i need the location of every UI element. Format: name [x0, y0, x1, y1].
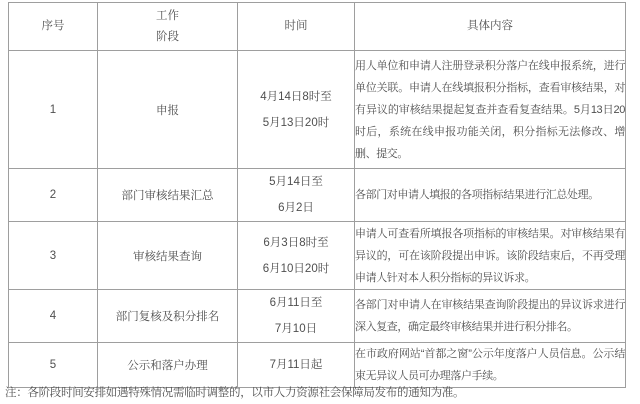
time-cell: 6月3日8时至 6月10日20时	[238, 222, 355, 290]
time-cell: 6月11日至 7月10日	[238, 290, 355, 343]
time-cell: 5月14日至 6月2日	[238, 169, 355, 222]
row-number-cell: 1	[9, 51, 98, 169]
table-row: 1 申报 4月14日8时至 5月13日20时 用人单位和申请人注册登录积分落户在…	[9, 51, 626, 169]
content-cell: 在市政府网站“首都之窗”公示年度落户人员信息。公示结束无异议人员可办理落户手续。	[355, 343, 626, 388]
content-cell: 申请人可查看所填报各项指标的审核结果。对审核结果有异议的，可在该阶段提出申诉。该…	[355, 222, 626, 290]
phase-cell: 部门审核结果汇总	[98, 169, 238, 222]
content-cell: 用人单位和申请人注册登录积分落户在线申报系统，进行单位关联。申请人在线填报积分指…	[355, 51, 626, 169]
content-cell: 各部门对申请人在审核结果查询阶段提出的异议诉求进行深入复查，确定最终审核结果并进…	[355, 290, 626, 343]
table-header-row: 序号 工作 阶段 时间 具体内容	[9, 3, 626, 51]
row-number-cell: 5	[9, 343, 98, 388]
phase-cell: 公示和落户办理	[98, 343, 238, 388]
content-cell: 各部门对申请人填报的各项指标结果进行汇总处理。	[355, 169, 626, 222]
time-cell: 7月11日起	[238, 343, 355, 388]
row-number-cell: 2	[9, 169, 98, 222]
time-cell: 4月14日8时至 5月13日20时	[238, 51, 355, 169]
table-row: 5 公示和落户办理 7月11日起 在市政府网站“首都之窗”公示年度落户人员信息。…	[9, 343, 626, 388]
footnote: 注：各阶段时间安排如遇特殊情况需临时调整的，以市人力资源社会保障局发布的通知为准…	[5, 386, 635, 401]
table-row: 4 部门复核及积分排名 6月11日至 7月10日 各部门对申请人在审核结果查询阶…	[9, 290, 626, 343]
row-number-cell: 4	[9, 290, 98, 343]
header-time-cell: 时间	[238, 3, 355, 51]
row-number-cell: 3	[9, 222, 98, 290]
table-row: 3 审核结果查询 6月3日8时至 6月10日20时 申请人可查看所填报各项指标的…	[9, 222, 626, 290]
phase-cell: 审核结果查询	[98, 222, 238, 290]
header-no-cell: 序号	[9, 3, 98, 51]
table-row: 2 部门审核结果汇总 5月14日至 6月2日 各部门对申请人填报的各项指标结果进…	[9, 169, 626, 222]
phase-cell: 申报	[98, 51, 238, 169]
phase-cell: 部门复核及积分排名	[98, 290, 238, 343]
page: 序号 工作 阶段 时间 具体内容 1 申报 4月14日8时至 5月13日20时 …	[0, 0, 640, 404]
header-phase-cell: 工作 阶段	[98, 3, 238, 51]
schedule-table: 序号 工作 阶段 时间 具体内容 1 申报 4月14日8时至 5月13日20时 …	[8, 2, 626, 388]
header-content-cell: 具体内容	[355, 3, 626, 51]
